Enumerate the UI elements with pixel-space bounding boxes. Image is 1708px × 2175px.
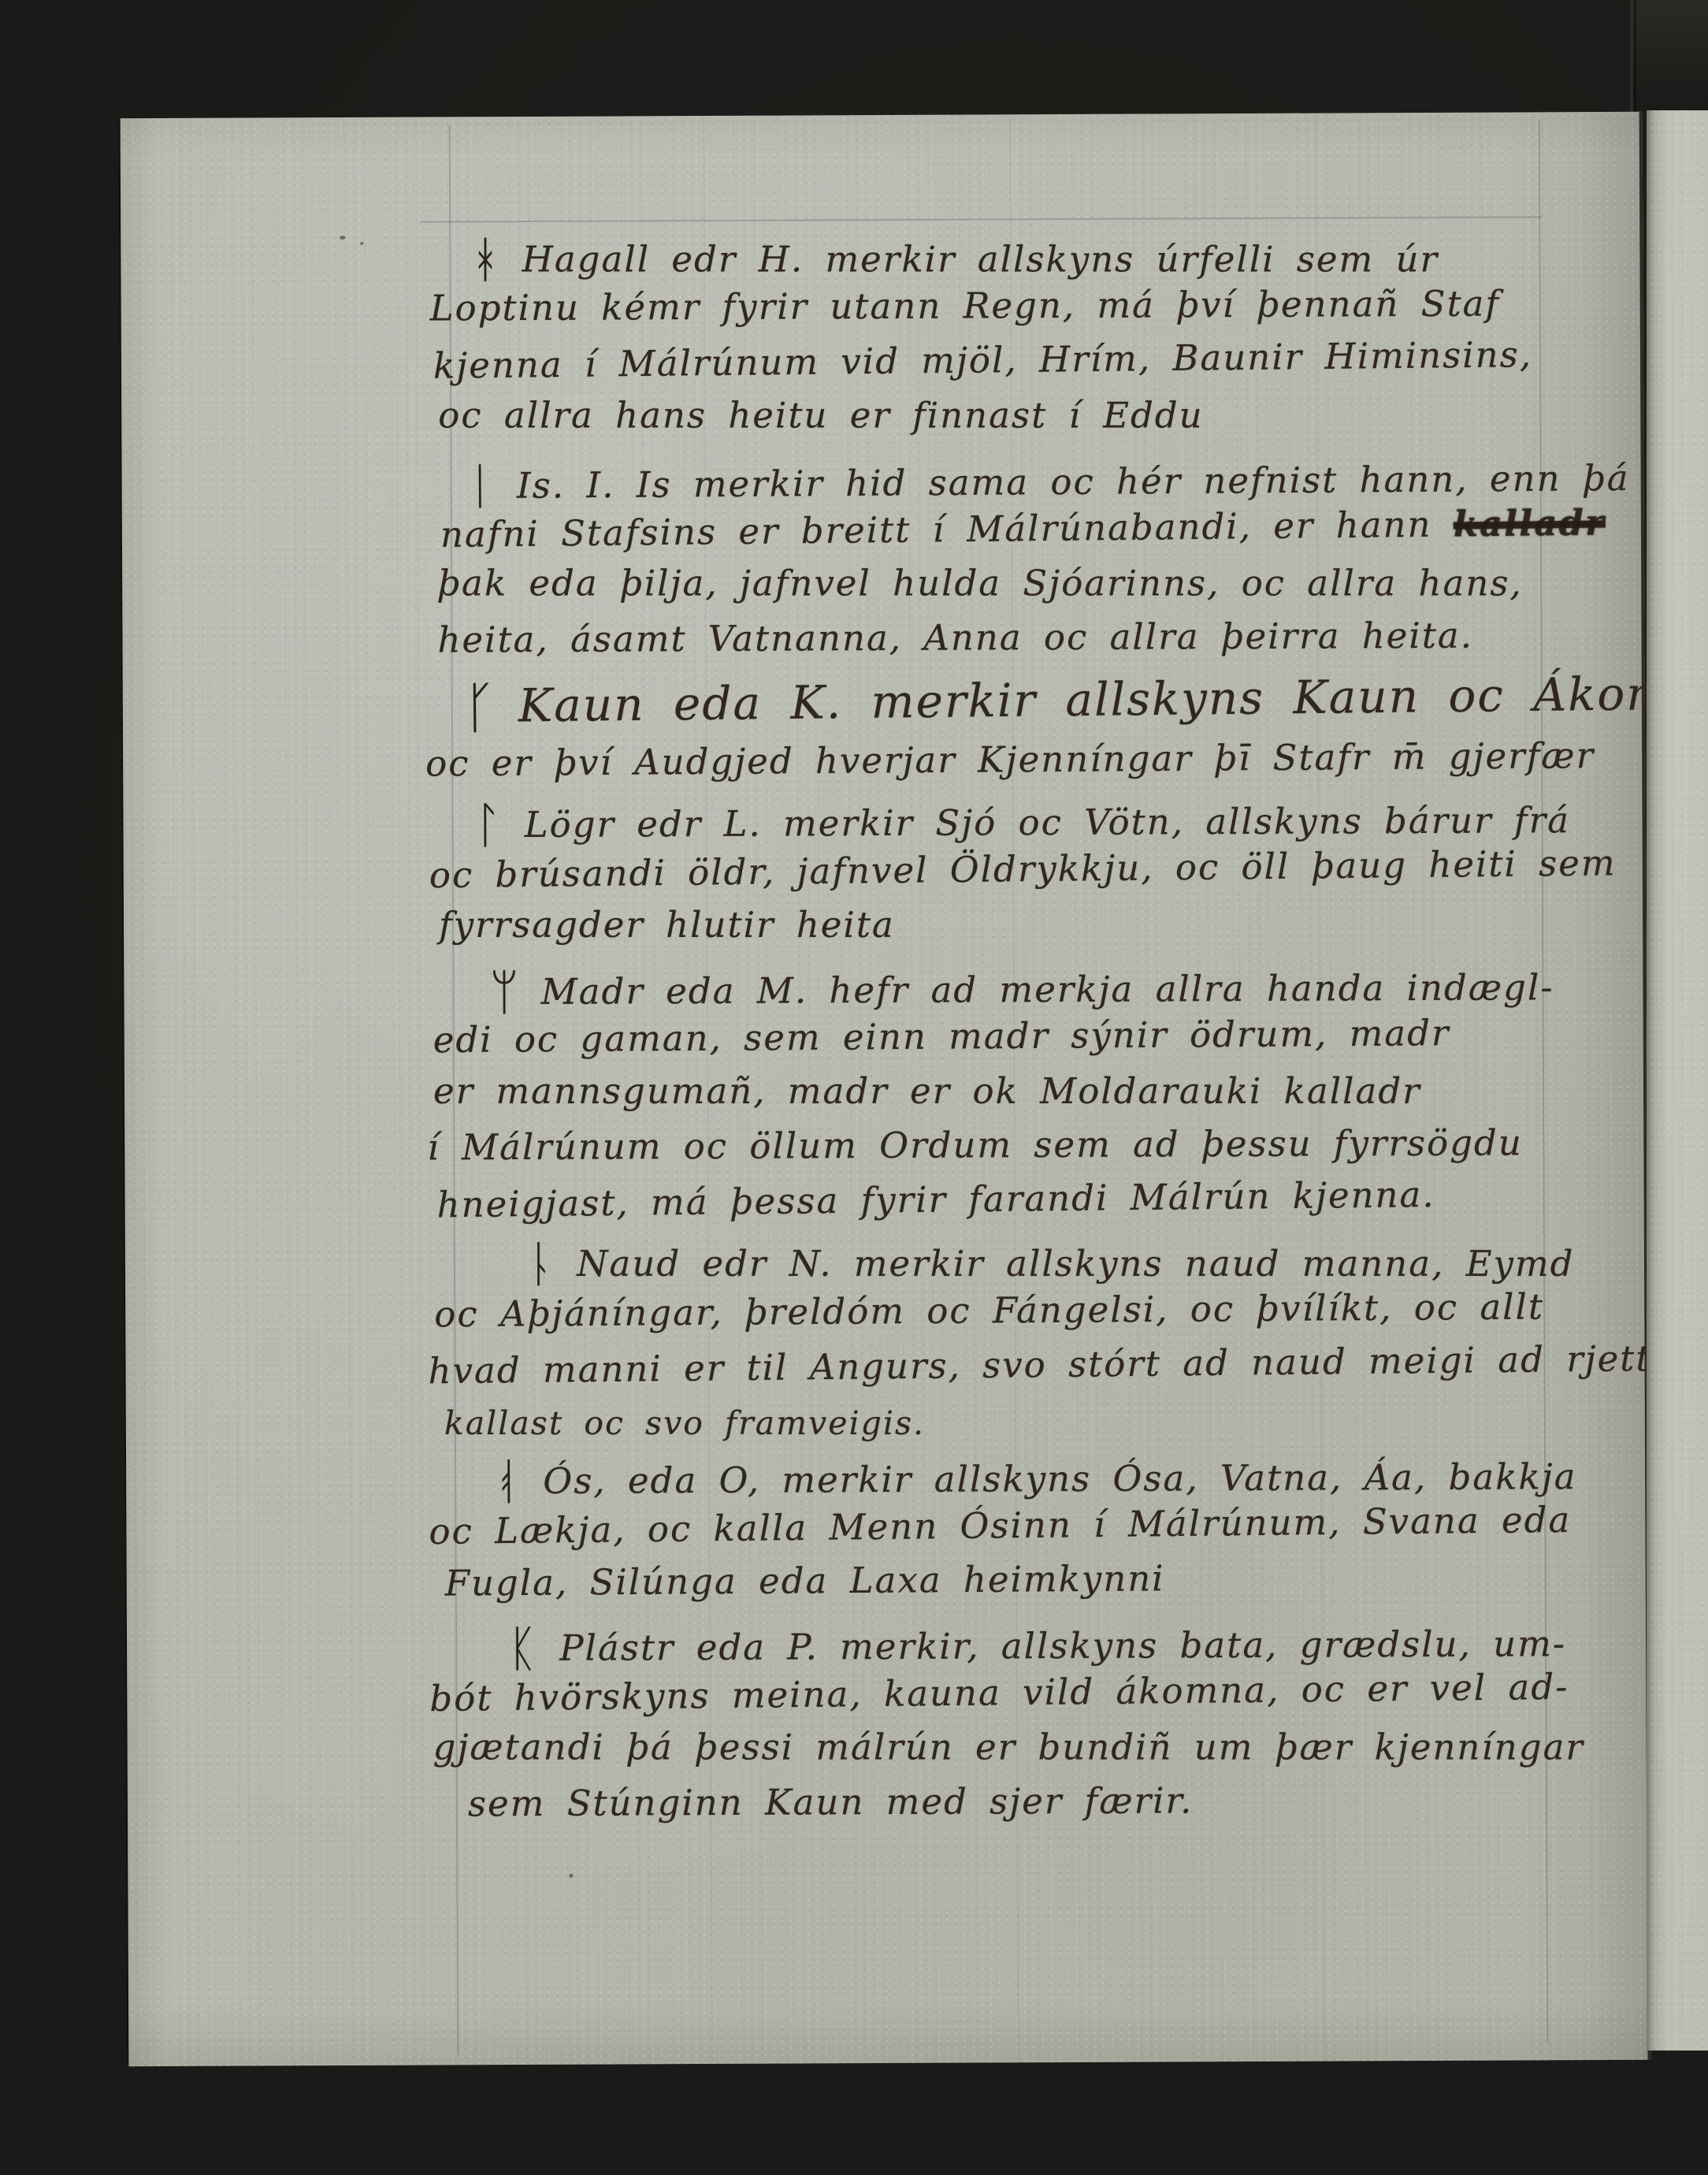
- text-run: Plástr eda P. merkir, allskyns bata, græ…: [559, 1623, 1566, 1669]
- madr-rune-icon: ᛘ: [489, 963, 521, 1021]
- photograph-background: ᚼHagall edr H. merkir allskyns úrfelli s…: [0, 0, 1708, 2175]
- naud-rune-icon: ᚿ: [525, 1235, 556, 1292]
- text-run: Hagall edr H. merkir allskyns úrfelli se…: [522, 239, 1439, 281]
- line-p6-3: hvad manni er til Angurs, svo stórt ad n…: [428, 1337, 1676, 1392]
- line-p1-3: kjenna í Málrúnum vid mjöl, Hrím, Baunir…: [433, 333, 1533, 387]
- text-run: Is. I. Is merkir hid sama oc hér nefnist…: [517, 457, 1630, 507]
- text-run: Kaun eda K. merkir allskyns Kaun oc Ákom…: [518, 667, 1695, 733]
- cloth-shading: [1632, 0, 1708, 118]
- kaun-rune-icon: ᚴ: [462, 675, 498, 740]
- line-p5-1: ᛘMadr eda M. hefr ad merkja allra handa …: [489, 958, 1554, 1021]
- line-p1-4: oc allra hans heitu er finnast í Eddu: [438, 394, 1203, 436]
- line-p3-2: oc er því Audgjed hverjar Kjenníngar þī …: [425, 734, 1595, 784]
- logr-rune-icon: ᛚ: [473, 796, 504, 853]
- line-p5-2: edi oc gaman, sem einn madr sýnir ödrum,…: [433, 1012, 1450, 1061]
- line-p6-2: oc Aþjáníngar, þreldóm oc Fángelsi, oc þ…: [434, 1286, 1544, 1336]
- struck-word: kalladr: [1454, 501, 1606, 545]
- line-p2-3: þak eda þilja, jafnvel hulda Sjóarinns, …: [437, 562, 1523, 604]
- plastr-rune-icon: ᛕ: [508, 1619, 540, 1677]
- text-run: Ós, eda O, merkir allskyns Ósa, Vatna, Á…: [543, 1456, 1576, 1502]
- text-run: Lögr edr L. merkir Sjó oc Vötn, allskyns…: [525, 799, 1570, 846]
- handwritten-text-block: ᚼHagall edr H. merkir allskyns úrfelli s…: [121, 112, 1648, 2066]
- line-p7-3: Fugla, Silúnga eda Laxa heimkynni: [445, 1557, 1165, 1604]
- text-run: Madr eda M. hefr ad merkja allra handa i…: [541, 966, 1554, 1013]
- line-p1-1: ᚼHagall edr H. merkir allskyns úrfelli s…: [470, 231, 1439, 288]
- line-p2-4: heita, ásamt Vatnanna, Anna oc allra þei…: [437, 615, 1473, 661]
- line-p6-1: ᚿNaud edr N. merkir allskyns naud manna,…: [525, 1235, 1574, 1292]
- os-rune-icon: ᚮ: [492, 1452, 523, 1510]
- manuscript-page: ᚼHagall edr H. merkir allskyns úrfelli s…: [121, 112, 1651, 2066]
- hagall-rune-icon: ᚼ: [470, 231, 501, 288]
- text-run: Naud edr N. merkir allskyns naud manna, …: [577, 1243, 1574, 1285]
- adjacent-page-edge: [1647, 110, 1708, 2050]
- line-p5-3: er mannsgumañ, madr er ok Moldarauki kal…: [433, 1070, 1421, 1112]
- cloth-fold-seam: [1629, 0, 1637, 115]
- line-p8-3: gjætandi þá þessi málrún er bundiñ um þæ…: [433, 1726, 1584, 1768]
- line-p5-5: hneigjast, má þessa fyrir farandi Málrún…: [436, 1173, 1435, 1225]
- line-p3-1: ᚴKaun eda K. merkir allskyns Kaun oc Áko…: [462, 663, 1695, 740]
- line-p1-2: Loptinu kémr fyrir utann Regn, má því þe…: [430, 283, 1501, 329]
- line-p6-4: kallast oc svo framveigis.: [444, 1404, 925, 1442]
- line-p8-4: sem Stúnginn Kaun med sjer færir.: [468, 1779, 1194, 1824]
- line-p5-4: í Málrúnum oc öllum Ordum sem ad þessu f…: [427, 1121, 1523, 1168]
- line-p4-3: fyrrsagder hlutir heita: [439, 904, 895, 946]
- is-rune-icon: ᛁ: [465, 457, 496, 515]
